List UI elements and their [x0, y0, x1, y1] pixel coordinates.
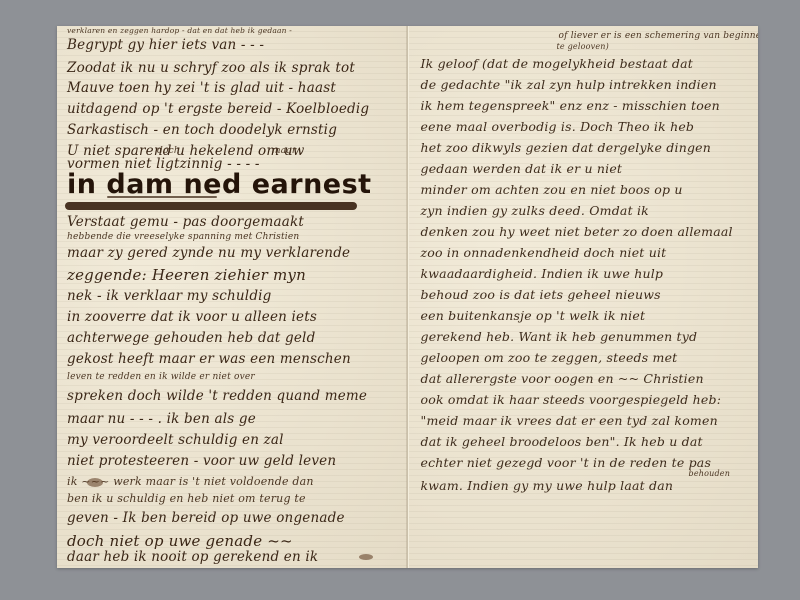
right-line: gerekend heb. Want ik heb genummen tyd	[421, 329, 698, 344]
left-line: Zoodat ik nu u schryf zoo als ik sprak t…	[67, 60, 355, 76]
left-line: Begrypt gy hier iets van - - -	[67, 37, 264, 53]
left-line: nek - ik verklaar my schuldig	[67, 288, 272, 304]
ink-blot	[87, 478, 103, 487]
right-line: het zoo dikwyls gezien dat dergelyke din…	[421, 140, 712, 155]
right-line: zoo in onnadenkendheid doch niet uit	[421, 245, 667, 260]
left-line: uitdagend op 't ergste bereid - Koelbloe…	[67, 101, 369, 117]
left-line: ben ik u schuldig en heb niet om terug t…	[67, 492, 306, 505]
left-line: Verstaat gemu - pas doorgemaakt	[67, 214, 304, 230]
right-line: eene maal overbodig is. Doch Theo ik heb	[421, 119, 695, 134]
right-top-note-2: te gelooven)	[557, 42, 609, 51]
right-line: geloopen om zoo te zeggen, steeds met	[421, 350, 678, 365]
left-line: ik ~~~ werk maar is 't niet voldoende da…	[67, 475, 314, 488]
right-line: zyn indien gy zulks deed. Omdat ik	[421, 203, 649, 218]
right-line: behoud zoo is dat iets geheel nieuws	[421, 287, 661, 302]
right-line: "meid maar ik vrees dat er een tyd zal k…	[421, 413, 718, 428]
left-line: achterwege gehouden heb dat geld	[67, 330, 315, 346]
right-line: minder om achten zou en niet boos op u	[421, 182, 683, 197]
left-line: Sarkastisch - en toch doodelyk ernstig	[67, 122, 337, 138]
left-line: zeggende: Heeren ziehier myn	[67, 266, 306, 284]
right-line: de gedachte "ik zal zyn hulp intrekken i…	[421, 77, 717, 92]
right-line: kwaadaardigheid. Indien ik uwe hulp	[421, 266, 664, 281]
left-line: daar heb ik nooit op gerekend en ik	[67, 549, 318, 565]
left-top-note: verklaren en zeggen hardop - dat en dat …	[67, 26, 292, 35]
left-line: doch niet op uwe genade ~~	[67, 532, 293, 550]
letter-sheet: verklaren en zeggen hardop - dat en dat …	[57, 26, 758, 568]
left-line: niet protesteeren - voor uw geld leven	[67, 453, 336, 469]
right-line: denken zou hy weet niet beter zo doen al…	[421, 224, 733, 239]
right-line: ik hem tegenspreek" enz enz - misschien …	[421, 98, 720, 113]
right-line: Ik geloof (dat de mogelykheid bestaat da…	[421, 56, 693, 71]
headline-underline-thin	[107, 196, 217, 198]
ink-blot	[359, 554, 373, 560]
right-line: kwam. Indien gy my uwe hulp laat dan	[421, 478, 674, 493]
left-line: gekost heeft maar er was een menschen	[67, 351, 351, 367]
interlinear-doch: doch	[157, 146, 180, 156]
left-line: spreken doch wilde 't redden quand meme	[67, 388, 367, 404]
headline-underline-bar	[65, 202, 357, 210]
right-line: een buitenkansje op 't welk ik niet	[421, 308, 646, 323]
left-line: Mauve toen hy zei 't is glad uit - haast	[67, 80, 336, 96]
right-page: of liever er is een schemering van begin…	[408, 26, 759, 568]
left-line: geven - Ik ben bereid op uwe ongenade	[67, 510, 345, 526]
right-line: ook omdat ik haar steeds voorgespiegeld …	[421, 392, 722, 407]
right-line: echter niet gezegd voor 't in de reden t…	[421, 455, 712, 470]
left-line: hebbende die vreeselyke spanning met Chr…	[67, 232, 299, 242]
left-line: in zooverre dat ik voor u alleen iets	[67, 309, 317, 325]
right-line: dat allerergste voor oogen en ~~ Christi…	[421, 371, 704, 386]
interlinear-maar: maar	[272, 146, 296, 156]
interlinear-behouden: behouden	[689, 469, 731, 478]
left-line: my veroordeelt schuldig en zal	[67, 432, 284, 448]
left-line: maar zy gered zynde nu my verklarende	[67, 245, 350, 261]
right-line: dat ik geheel broodeloos ben". Ik heb u …	[421, 434, 703, 449]
left-line: leven te redden en ik wilde er niet over	[67, 372, 255, 382]
left-line: maar nu - - - . ik ben als ge	[67, 411, 256, 427]
right-top-note: of liever er is een schemering van begin…	[559, 31, 759, 41]
right-line: gedaan werden dat ik er u niet	[421, 161, 623, 176]
left-page: verklaren en zeggen hardop - dat en dat …	[57, 26, 408, 568]
